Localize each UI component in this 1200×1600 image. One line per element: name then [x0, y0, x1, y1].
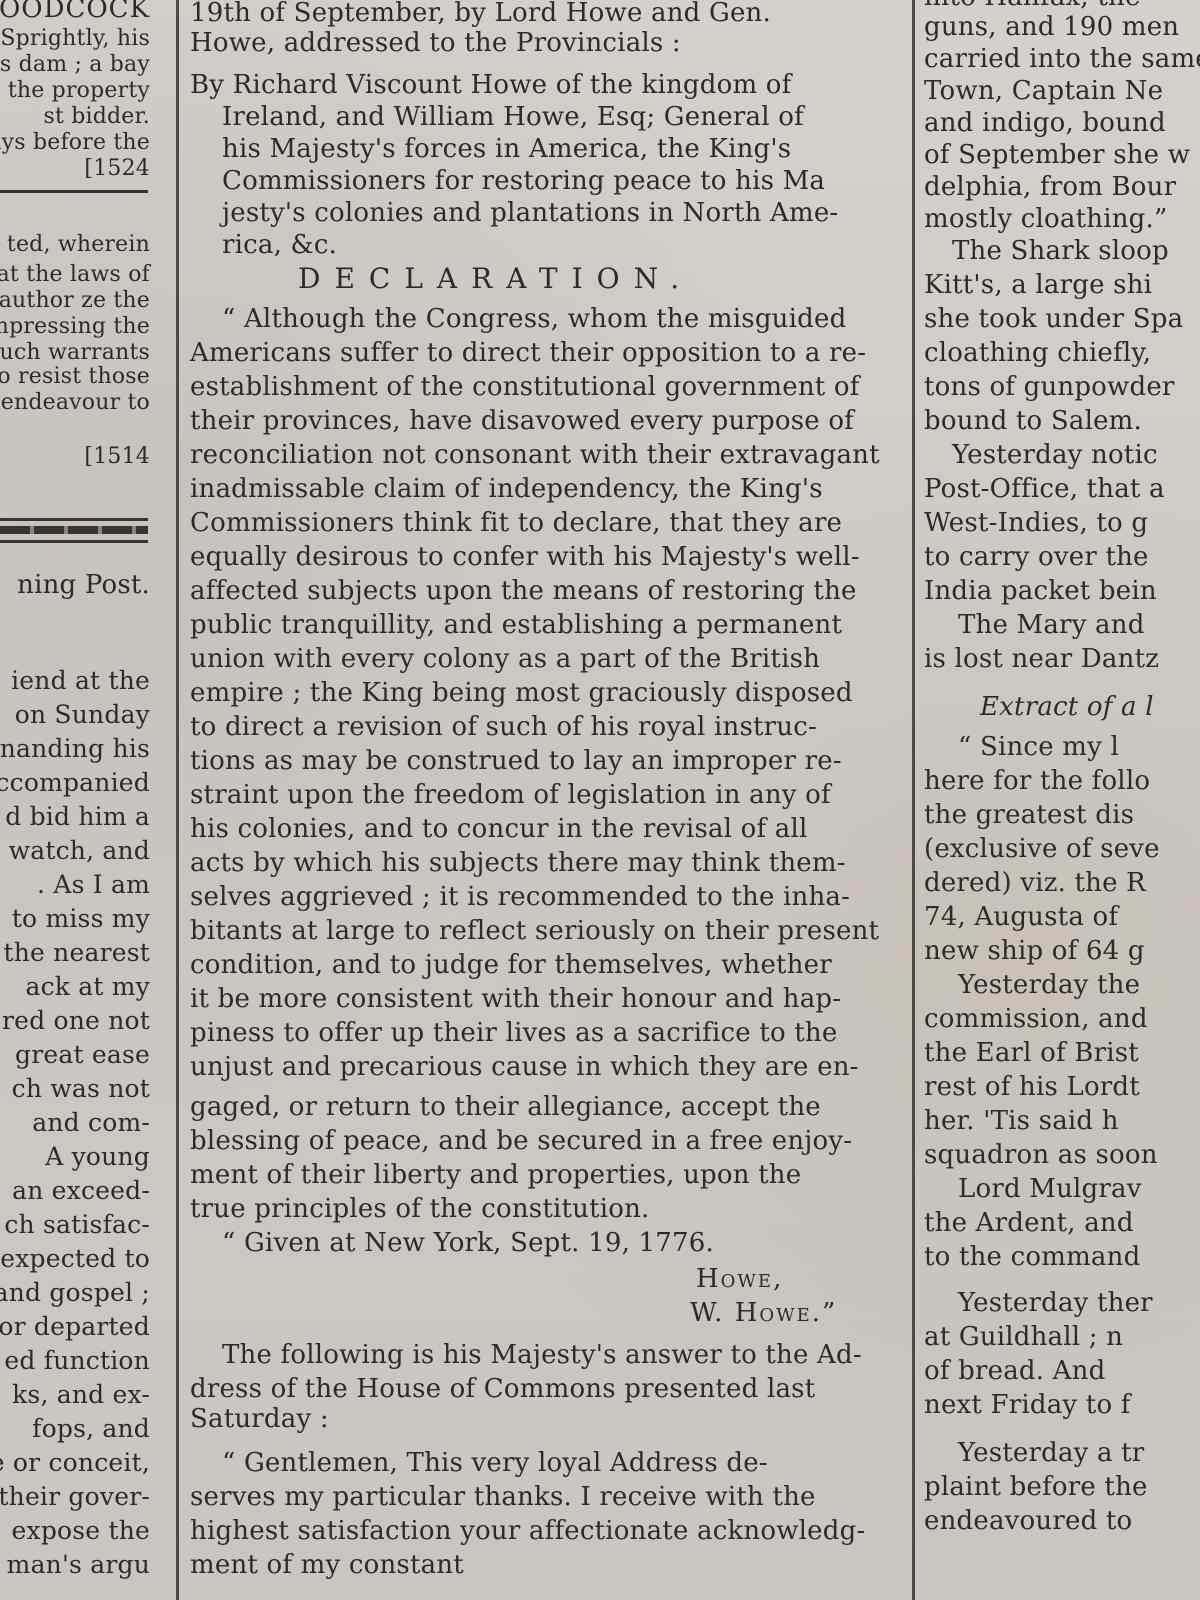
story-line: A young [45, 1140, 150, 1174]
declaration-line: affected subjects upon the means of rest… [190, 574, 857, 608]
ad-number: [1524 [84, 152, 150, 186]
answer-line: Saturday : [190, 1402, 329, 1436]
story-line: ch satisfac- [4, 1208, 150, 1242]
news-line: is lost near Dantz [924, 642, 1159, 676]
byline-line: Commissioners for restoring peace to his… [222, 164, 825, 198]
byline-line: jesty's colonies and plantations in Nort… [222, 196, 838, 230]
story-line: ch was not [12, 1072, 150, 1106]
news-line: commission, and [924, 1002, 1148, 1036]
middle-column: 19th of September, by Lord Howe and Gen.… [186, 0, 908, 1600]
news-line: The Mary and [958, 608, 1145, 642]
news-line: Yesterday notic [952, 438, 1158, 472]
declaration-line: reconciliation not consonant with their … [190, 438, 880, 472]
declaration-line: condition, and to judge for themselves, … [190, 948, 832, 982]
story-line: fops, and [32, 1412, 150, 1446]
declaration-line: union with every colony as a part of the… [190, 642, 820, 676]
story-line: nanding his [0, 732, 150, 766]
news-line: delphia, from Bour [924, 170, 1176, 204]
news-line: she took under Spa [924, 302, 1183, 336]
news-line: Kitt's, a large shi [924, 268, 1152, 302]
news-line: Town, Captain Ne [924, 74, 1163, 108]
story-line: iend at the [11, 664, 150, 698]
news-line: of September she w [924, 138, 1190, 172]
news-line: her. 'Tis said h [924, 1104, 1119, 1138]
news-line: Yesterday the [958, 968, 1140, 1002]
section-title: ning Post. [17, 568, 150, 602]
answer-line: “ Gentlemen, This very loyal Address de- [222, 1446, 768, 1480]
section-divider-bottom [0, 540, 148, 543]
dateline: “ Given at New York, Sept. 19, 1776. [222, 1226, 714, 1260]
story-line: e or conceit, [0, 1446, 150, 1480]
declaration-line: acts by which his subjects there may thi… [190, 846, 846, 880]
news-line: plaint before the [924, 1470, 1148, 1504]
declaration-line: inadmissable claim of independency, the … [190, 472, 823, 506]
news-line: new ship of 64 g [924, 934, 1145, 968]
declaration-line: their provinces, have disavowed every pu… [190, 404, 854, 438]
answer-line: The following is his Majesty's answer to… [222, 1338, 862, 1372]
declaration-line: it be more consistent with their honour … [190, 982, 841, 1016]
declaration-line: tions as may be construed to lay an impr… [190, 744, 842, 778]
news-line: The Shark sloop [952, 234, 1169, 268]
story-line: and com- [32, 1106, 150, 1140]
news-line: rest of his Lordt [924, 1070, 1140, 1104]
signature-w-howe: W. Howe.” [690, 1296, 837, 1330]
news-line: and indigo, bound [924, 106, 1166, 140]
declaration-line: Americans suffer to direct their opposit… [190, 336, 866, 370]
story-line: ccompanied [0, 766, 150, 800]
news-line: tons of gunpowder [924, 370, 1175, 404]
section-divider-ornament [0, 526, 148, 534]
declaration-line: to direct a revision of such of his roya… [190, 710, 817, 744]
news-line: 74, Augusta of [924, 900, 1118, 934]
news-line: next Friday to f [924, 1388, 1131, 1422]
story-line: to miss my [12, 902, 150, 936]
declaration-line: equally desirous to confer with his Maje… [190, 540, 860, 574]
news-line: India packet bein [924, 574, 1157, 608]
declaration-line: unjust and precarious cause in which the… [190, 1050, 859, 1084]
story-line: and gospel ; [0, 1276, 150, 1310]
story-line: their gover- [0, 1480, 150, 1514]
news-line: squadron as soon [924, 1138, 1158, 1172]
story-line: watch, and [9, 834, 150, 868]
news-line: (exclusive of seve [924, 832, 1160, 866]
news-line: “ Since my l [958, 730, 1119, 764]
news-line: the Ardent, and [924, 1206, 1134, 1240]
news-line: Yesterday a tr [958, 1436, 1144, 1470]
left-column: OODCOCK Sprightly, his 's dam ; a bay ll… [0, 0, 172, 1600]
ad-divider [0, 190, 148, 193]
news-line: bound to Salem. [924, 404, 1142, 438]
declaration-line: his colonies, and to concur in the revis… [190, 812, 808, 846]
declaration-line: bitants at large to reflect seriously on… [190, 914, 879, 948]
column-rule-right [912, 0, 915, 1600]
notice-line: ted, wherein [7, 228, 150, 262]
declaration-line: establishment of the constitutional gove… [190, 370, 860, 404]
extract-heading: Extract of a l [980, 690, 1154, 724]
byline-line: his Majesty's forces in America, the Kin… [222, 132, 791, 166]
story-line: ack at my [25, 970, 150, 1004]
story-line: the nearest [3, 936, 150, 970]
byline-line: rica, &c. [222, 228, 337, 262]
declaration-heading: DECLARATION. [298, 262, 693, 296]
story-line: expected to [0, 1242, 150, 1276]
notice-line: o endeavour to [0, 386, 150, 420]
story-line: on Sunday [15, 698, 150, 732]
news-line: mostly cloathing.” [924, 202, 1167, 236]
declaration-line: “ Although the Congress, whom the misgui… [222, 302, 846, 336]
intro-line: Howe, addressed to the Provincials : [190, 26, 681, 60]
news-line: guns, and 190 men [924, 10, 1179, 44]
declaration-line: true principles of the constitution. [190, 1192, 650, 1226]
ad-number: [1514 [84, 440, 150, 474]
news-line: Lord Mulgrav [958, 1172, 1142, 1206]
story-line: great ease [15, 1038, 150, 1072]
answer-line: highest satisfaction your affectionate a… [190, 1514, 865, 1548]
news-line: Yesterday ther [958, 1286, 1153, 1320]
news-line: to the command [924, 1240, 1140, 1274]
news-line: dered) viz. the R [924, 866, 1146, 900]
signature-howe: Howe, [696, 1262, 783, 1296]
story-line: ks, and ex- [12, 1378, 150, 1412]
story-line: red one not [2, 1004, 150, 1038]
story-line: d bid him a [5, 800, 150, 834]
answer-line: dress of the House of Commons presented … [190, 1372, 815, 1406]
byline-line: Ireland, and William Howe, Esq; General … [222, 100, 804, 134]
story-line: . As I am [37, 868, 150, 902]
story-line: ed function [4, 1344, 150, 1378]
news-line: the greatest dis [924, 798, 1134, 832]
news-line: carried into the same [924, 42, 1200, 76]
column-rule-left [176, 0, 179, 1600]
news-line: cloathing chiefly, [924, 336, 1151, 370]
declaration-line: selves aggrieved ; it is recommended to … [190, 880, 850, 914]
right-column: into Halifax, the guns, and 190 men carr… [922, 0, 1200, 1600]
declaration-line: blessing of peace, and be secured in a f… [190, 1124, 852, 1158]
news-line: West-Indies, to g [924, 506, 1148, 540]
news-line: the Earl of Brist [924, 1036, 1139, 1070]
declaration-line: gaged, or return to their allegiance, ac… [190, 1090, 821, 1124]
byline-line: By Richard Viscount Howe of the kingdom … [190, 68, 791, 102]
news-line: to carry over the [924, 540, 1149, 574]
story-line: an exceed- [12, 1174, 150, 1208]
story-line: man's argu [7, 1548, 150, 1582]
story-line: expose the [12, 1514, 150, 1548]
news-line: Post-Office, that a [924, 472, 1165, 506]
declaration-line: empire ; the King being most graciously … [190, 676, 853, 710]
answer-line: ment of my constant [190, 1548, 464, 1582]
story-line: or departed [0, 1310, 150, 1344]
answer-line: serves my particular thanks. I receive w… [190, 1480, 816, 1514]
section-divider-top [0, 518, 148, 521]
declaration-line: Commissioners think fit to declare, that… [190, 506, 842, 540]
news-line: here for the follo [924, 764, 1150, 798]
declaration-line: straint upon the freedom of legislation … [190, 778, 831, 812]
news-line: of bread. And [924, 1354, 1105, 1388]
declaration-line: public tranquillity, and establishing a … [190, 608, 842, 642]
news-line: endeavoured to [924, 1504, 1132, 1538]
declaration-line: piness to offer up their lives as a sacr… [190, 1016, 837, 1050]
declaration-line: ment of their liberty and properties, up… [190, 1158, 801, 1192]
news-line: at Guildhall ; n [924, 1320, 1123, 1354]
